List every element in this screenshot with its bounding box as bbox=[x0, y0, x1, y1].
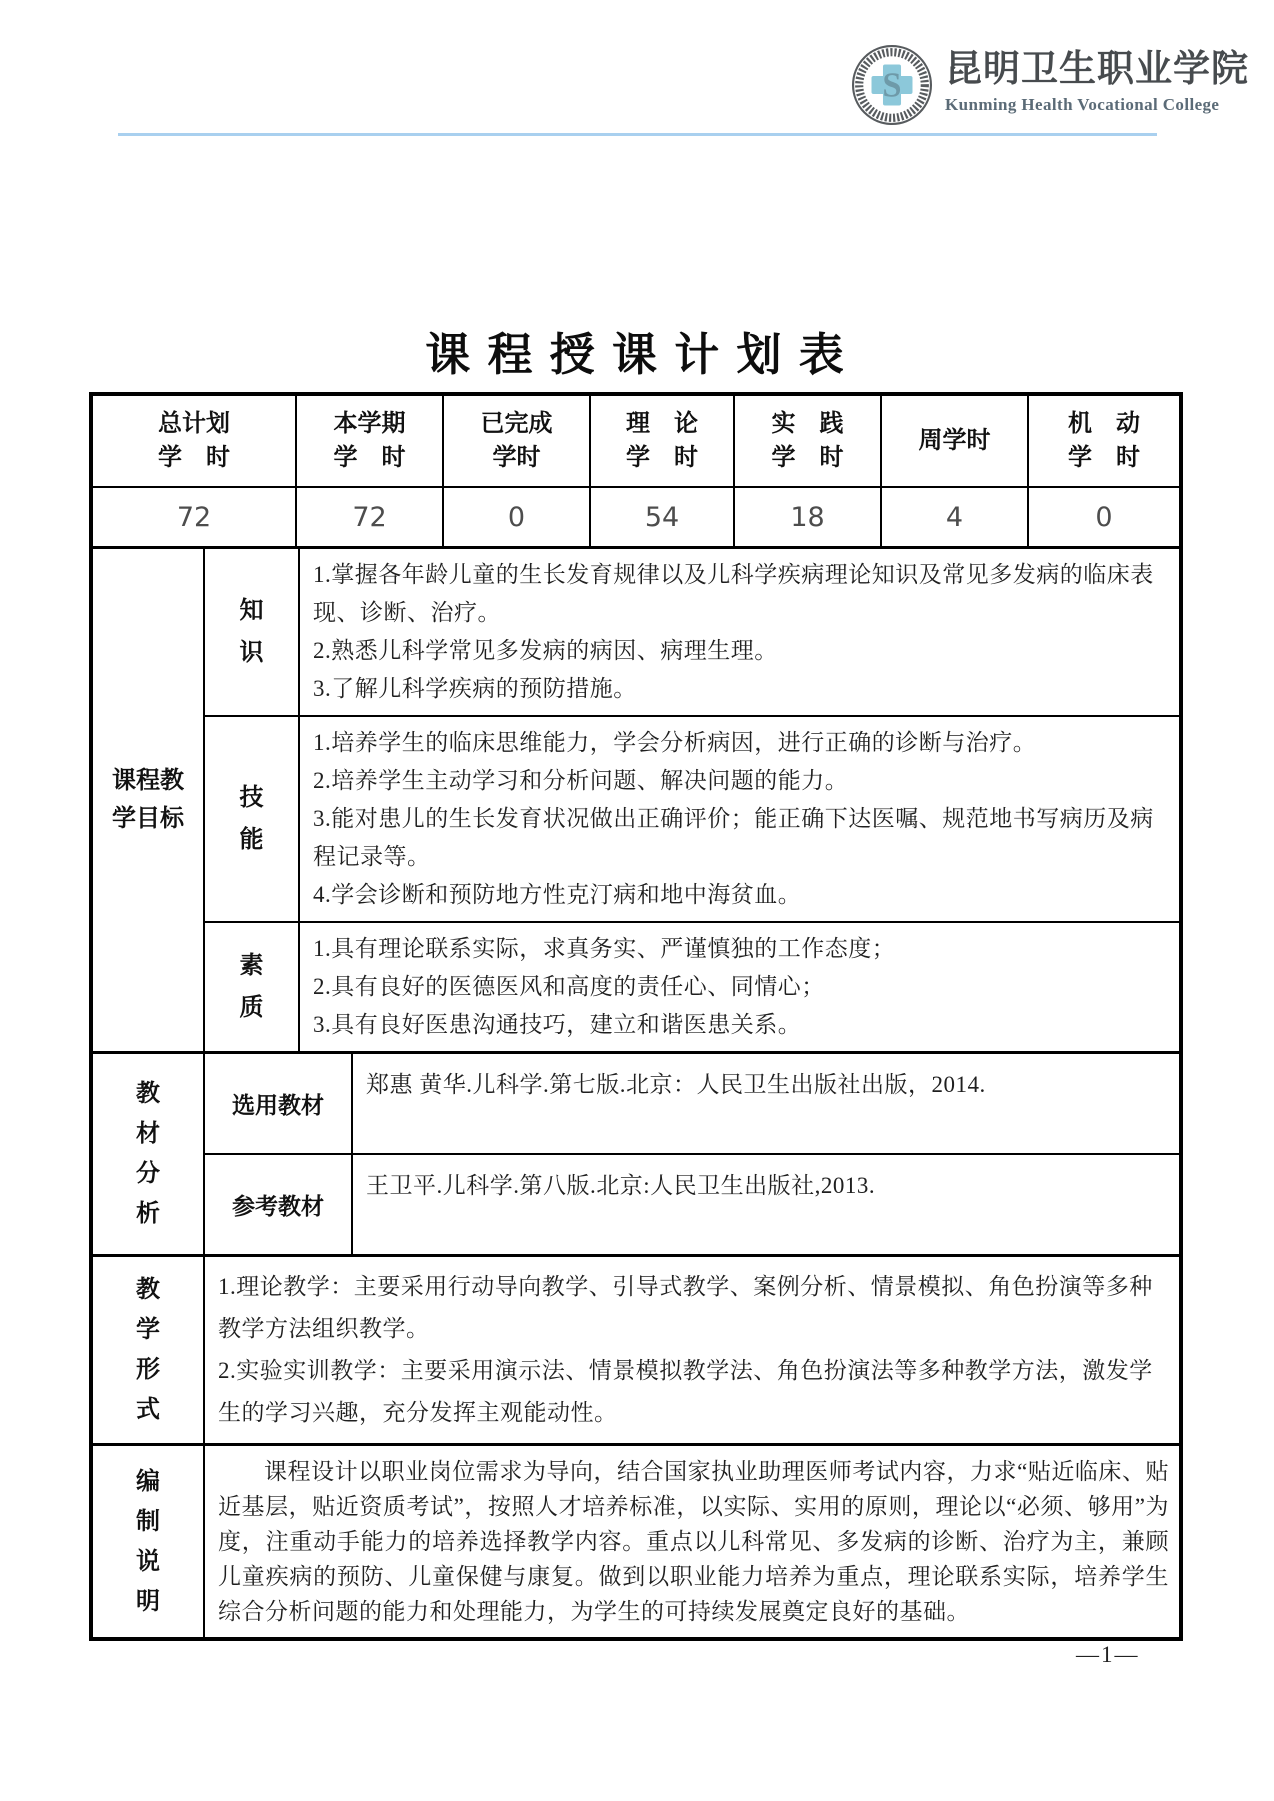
page-title: 课 程 授 课 计 划 表 bbox=[89, 328, 1183, 382]
college-names: 昆明卫生职业学院 Kunming Health Vocational Colle… bbox=[945, 48, 1249, 117]
reference-textbook-citation: 王卫平.儿科学.第八版.北京:人民卫生出版社,2013. bbox=[351, 1155, 1179, 1254]
section-course-objectives: 课程教学目标 知识 1.掌握各年龄儿童的生长发育规律以及儿科学疾病理论知识及常见… bbox=[93, 546, 1179, 1051]
notes-row: 课程设计以职业岗位需求为导向，结合国家执业助理医师考试内容，力求“贴近临床、贴近… bbox=[205, 1446, 1179, 1637]
header-line: 本学期 bbox=[334, 407, 406, 441]
header-line: 机 动 bbox=[1068, 407, 1140, 441]
logo-dragon-s-icon: S bbox=[882, 66, 901, 104]
header-line: 学 时 bbox=[626, 441, 698, 475]
header-line: 实 践 bbox=[772, 407, 844, 441]
quality-item: 1.具有理论联系实际，求真务实、严谨慎独的工作态度； bbox=[313, 930, 1169, 968]
teaching-form-row: 1.理论教学：主要采用行动导向教学、引导式教学、案例分析、情景模拟、角色扮演等多… bbox=[205, 1257, 1179, 1443]
quality-label-text: 素质 bbox=[238, 945, 264, 1029]
header-line: 理 论 bbox=[626, 407, 698, 441]
value-semester-hours: 72 bbox=[295, 488, 442, 546]
section-teaching-form: 教学形式 1.理论教学：主要采用行动导向教学、引导式教学、案例分析、情景模拟、角… bbox=[93, 1254, 1179, 1443]
materials-section-label: 教材分析 bbox=[93, 1054, 203, 1254]
header-theory-hours: 理 论 学 时 bbox=[589, 396, 733, 486]
header-flexible-hours: 机 动 学 时 bbox=[1027, 396, 1179, 486]
value-weekly-hours: 4 bbox=[880, 488, 1027, 546]
skills-content: 1.培养学生的临床思维能力，学会分析病因，进行正确的诊断与治疗。 2.培养学生主… bbox=[298, 717, 1179, 921]
quality-item: 2.具有良好的医德医风和高度的责任心、同情心； bbox=[313, 968, 1169, 1006]
value-completed-hours: 0 bbox=[442, 488, 589, 546]
hours-value-row: 72 72 0 54 18 4 0 bbox=[93, 486, 1179, 546]
page-number: —1— bbox=[1076, 1642, 1140, 1668]
teaching-form-label-text: 教学形式 bbox=[135, 1270, 161, 1430]
teaching-form-label: 教学形式 bbox=[93, 1257, 203, 1443]
knowledge-label-text: 知识 bbox=[238, 590, 264, 674]
section-teaching-materials: 教材分析 选用教材 郑惠 黄华.儿科学.第七版.北京：人民卫生出版社出版，201… bbox=[93, 1051, 1179, 1254]
college-brand: S 昆明卫生职业学院 Kunming Health Vocational Col… bbox=[851, 44, 1249, 126]
objectives-label-text: 课程教学目标 bbox=[108, 762, 187, 838]
document-content: 课 程 授 课 计 划 表 总计划 学 时 本学期 学 时 已完成 学时 理 论 bbox=[89, 328, 1183, 1641]
notes-body: 课程设计以职业岗位需求为导向，结合国家执业助理医师考试内容，力求“贴近临床、贴近… bbox=[203, 1446, 1179, 1637]
selected-textbook-citation: 郑惠 黄华.儿科学.第七版.北京：人民卫生出版社出版，2014. bbox=[351, 1054, 1179, 1153]
header-line: 总计划 bbox=[158, 407, 230, 441]
knowledge-item: 1.掌握各年龄儿童的生长发育规律以及儿科学疾病理论知识及常见多发病的临床表现、诊… bbox=[313, 556, 1169, 632]
objectives-section-label: 课程教学目标 bbox=[93, 549, 203, 1051]
hours-header-row: 总计划 学 时 本学期 学 时 已完成 学时 理 论 学 时 实 践 学 时 bbox=[93, 396, 1179, 486]
course-plan-table: 总计划 学 时 本学期 学 时 已完成 学时 理 论 学 时 实 践 学 时 bbox=[89, 392, 1183, 1641]
section-compilation-notes: 编制说明 课程设计以职业岗位需求为导向，结合国家执业助理医师考试内容，力求“贴近… bbox=[93, 1443, 1179, 1637]
header-total-planned-hours: 总计划 学 时 bbox=[93, 396, 295, 486]
college-name-cn: 昆明卫生职业学院 bbox=[945, 48, 1249, 92]
knowledge-item: 3.了解儿科学疾病的预防措施。 bbox=[313, 670, 1169, 708]
header-line: 学 时 bbox=[772, 441, 844, 475]
quality-label: 素质 bbox=[205, 923, 298, 1051]
college-name-en: Kunming Health Vocational College bbox=[945, 93, 1249, 117]
reference-textbook-label: 参考教材 bbox=[205, 1155, 351, 1254]
header-completed-hours: 已完成 学时 bbox=[442, 396, 589, 486]
value-flexible-hours: 0 bbox=[1027, 488, 1179, 546]
teaching-form-content: 1.理论教学：主要采用行动导向教学、引导式教学、案例分析、情景模拟、角色扮演等多… bbox=[205, 1257, 1179, 1443]
skills-label: 技能 bbox=[205, 717, 298, 921]
objectives-group-knowledge: 知识 1.掌握各年龄儿童的生长发育规律以及儿科学疾病理论知识及常见多发病的临床表… bbox=[205, 549, 1179, 715]
materials-label-text: 教材分析 bbox=[135, 1074, 161, 1234]
value-practice-hours: 18 bbox=[733, 488, 880, 546]
header-line: 已完成 bbox=[481, 407, 553, 441]
selected-textbook-label: 选用教材 bbox=[205, 1054, 351, 1153]
teaching-form-item: 1.理论教学：主要采用行动导向教学、引导式教学、案例分析、情景模拟、角色扮演等多… bbox=[218, 1266, 1169, 1350]
header-line: 学 时 bbox=[334, 441, 406, 475]
quality-content: 1.具有理论联系实际，求真务实、严谨慎独的工作态度； 2.具有良好的医德医风和高… bbox=[298, 923, 1179, 1051]
header-line: 周学时 bbox=[919, 424, 991, 458]
document-page: S 昆明卫生职业学院 Kunming Health Vocational Col… bbox=[0, 0, 1274, 1801]
objectives-group-quality: 素质 1.具有理论联系实际，求真务实、严谨慎独的工作态度； 2.具有良好的医德医… bbox=[205, 921, 1179, 1051]
skills-item: 2.培养学生主动学习和分析问题、解决问题的能力。 bbox=[313, 762, 1169, 800]
header-semester-hours: 本学期 学 时 bbox=[295, 396, 442, 486]
materials-body: 选用教材 郑惠 黄华.儿科学.第七版.北京：人民卫生出版社出版，2014. 参考… bbox=[203, 1054, 1179, 1254]
header-practice-hours: 实 践 学 时 bbox=[733, 396, 880, 486]
skills-item: 3.能对患儿的生长发育状况做出正确评价；能正确下达医嘱、规范地书写病历及病程记录… bbox=[313, 800, 1169, 876]
selected-textbook-row: 选用教材 郑惠 黄华.儿科学.第七版.北京：人民卫生出版社出版，2014. bbox=[205, 1054, 1179, 1153]
reference-textbook-row: 参考教材 王卫平.儿科学.第八版.北京:人民卫生出版社,2013. bbox=[205, 1153, 1179, 1254]
knowledge-item: 2.熟悉儿科学常见多发病的病因、病理生理。 bbox=[313, 632, 1169, 670]
college-logo-icon: S bbox=[851, 44, 933, 126]
knowledge-content: 1.掌握各年龄儿童的生长发育规律以及儿科学疾病理论知识及常见多发病的临床表现、诊… bbox=[298, 549, 1179, 715]
skills-item: 1.培养学生的临床思维能力，学会分析病因，进行正确的诊断与治疗。 bbox=[313, 724, 1169, 762]
objectives-body: 知识 1.掌握各年龄儿童的生长发育规律以及儿科学疾病理论知识及常见多发病的临床表… bbox=[203, 549, 1179, 1051]
teaching-form-body: 1.理论教学：主要采用行动导向教学、引导式教学、案例分析、情景模拟、角色扮演等多… bbox=[203, 1257, 1179, 1443]
notes-paragraph: 课程设计以职业岗位需求为导向，结合国家执业助理医师考试内容，力求“贴近临床、贴近… bbox=[218, 1454, 1169, 1629]
header-divider-line bbox=[118, 133, 1157, 136]
quality-item: 3.具有良好医患沟通技巧，建立和谐医患关系。 bbox=[313, 1006, 1169, 1044]
header-line: 学时 bbox=[493, 441, 541, 475]
knowledge-label: 知识 bbox=[205, 549, 298, 715]
notes-content: 课程设计以职业岗位需求为导向，结合国家执业助理医师考试内容，力求“贴近临床、贴近… bbox=[205, 1446, 1179, 1637]
header-line: 学 时 bbox=[158, 441, 230, 475]
header-line: 学 时 bbox=[1068, 441, 1140, 475]
header-weekly-hours: 周学时 bbox=[880, 396, 1027, 486]
objectives-group-skills: 技能 1.培养学生的临床思维能力，学会分析病因，进行正确的诊断与治疗。 2.培养… bbox=[205, 715, 1179, 921]
value-total-planned-hours: 72 bbox=[93, 488, 295, 546]
skills-item: 4.学会诊断和预防地方性克汀病和地中海贫血。 bbox=[313, 876, 1169, 914]
value-theory-hours: 54 bbox=[589, 488, 733, 546]
notes-section-label: 编制说明 bbox=[93, 1446, 203, 1637]
notes-label-text: 编制说明 bbox=[135, 1462, 161, 1622]
teaching-form-item: 2.实验实训教学：主要采用演示法、情景模拟教学法、角色扮演法等多种教学方法，激发… bbox=[218, 1350, 1169, 1434]
skills-label-text: 技能 bbox=[238, 777, 264, 861]
